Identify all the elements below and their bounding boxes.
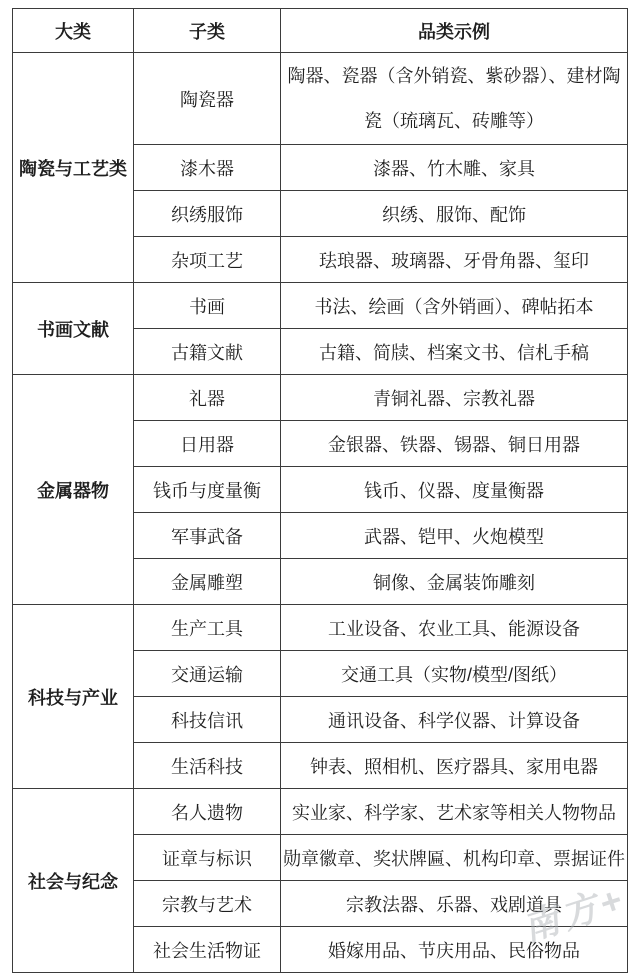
- subcategory-cell: 社会生活物证: [134, 927, 281, 973]
- subcategory-cell: 宗教与艺术: [134, 881, 281, 927]
- subcategory-cell: 书画: [134, 283, 281, 329]
- examples-cell: 钟表、照相机、医疗器具、家用电器: [281, 743, 628, 789]
- subcategory-cell: 漆木器: [134, 145, 281, 191]
- subcategory-cell: 交通运输: [134, 651, 281, 697]
- subcategory-cell: 日用器: [134, 421, 281, 467]
- major-category-cell: 社会与纪念: [13, 789, 134, 973]
- examples-cell: 实业家、科学家、艺术家等相关人物物品: [281, 789, 628, 835]
- table-body: 陶瓷与工艺类陶瓷器陶器、瓷器（含外销瓷、紫砂器）、建材陶瓷（琉璃瓦、砖雕等）漆木…: [13, 53, 628, 973]
- examples-cell: 交通工具（实物/模型/图纸）: [281, 651, 628, 697]
- subcategory-cell: 杂项工艺: [134, 237, 281, 283]
- examples-cell: 织绣、服饰、配饰: [281, 191, 628, 237]
- examples-cell: 钱币、仪器、度量衡器: [281, 467, 628, 513]
- subcategory-cell: 名人遗物: [134, 789, 281, 835]
- major-category-cell: 金属器物: [13, 375, 134, 605]
- examples-cell: 漆器、竹木雕、家具: [281, 145, 628, 191]
- header-subcategory: 子类: [134, 9, 281, 53]
- table-row: 书画文献书画书法、绘画（含外销画）、碑帖拓本: [13, 283, 628, 329]
- table-row: 科技与产业生产工具工业设备、农业工具、能源设备: [13, 605, 628, 651]
- examples-cell: 金银器、铁器、锡器、铜日用器: [281, 421, 628, 467]
- page: 大类 子类 品类示例 陶瓷与工艺类陶瓷器陶器、瓷器（含外销瓷、紫砂器）、建材陶瓷…: [0, 0, 640, 980]
- table-row: 陶瓷与工艺类陶瓷器陶器、瓷器（含外销瓷、紫砂器）、建材陶瓷（琉璃瓦、砖雕等）: [13, 53, 628, 145]
- subcategory-cell: 金属雕塑: [134, 559, 281, 605]
- examples-cell: 珐琅器、玻璃器、牙骨角器、玺印: [281, 237, 628, 283]
- subcategory-cell: 证章与标识: [134, 835, 281, 881]
- examples-cell: 青铜礼器、宗教礼器: [281, 375, 628, 421]
- table-header: 大类 子类 品类示例: [13, 9, 628, 53]
- examples-cell: 书法、绘画（含外销画）、碑帖拓本: [281, 283, 628, 329]
- major-category-cell: 科技与产业: [13, 605, 134, 789]
- examples-cell: 武器、铠甲、火炮模型: [281, 513, 628, 559]
- subcategory-cell: 生活科技: [134, 743, 281, 789]
- subcategory-cell: 古籍文献: [134, 329, 281, 375]
- table-row: 社会与纪念名人遗物实业家、科学家、艺术家等相关人物物品: [13, 789, 628, 835]
- subcategory-cell: 军事武备: [134, 513, 281, 559]
- examples-cell: 婚嫁用品、节庆用品、民俗物品: [281, 927, 628, 973]
- examples-cell: 宗教法器、乐器、戏剧道具: [281, 881, 628, 927]
- header-row: 大类 子类 品类示例: [13, 9, 628, 53]
- examples-cell: 铜像、金属装饰雕刻: [281, 559, 628, 605]
- header-examples: 品类示例: [281, 9, 628, 53]
- examples-cell: 工业设备、农业工具、能源设备: [281, 605, 628, 651]
- examples-cell: 通讯设备、科学仪器、计算设备: [281, 697, 628, 743]
- subcategory-cell: 生产工具: [134, 605, 281, 651]
- examples-cell: 陶器、瓷器（含外销瓷、紫砂器）、建材陶瓷（琉璃瓦、砖雕等）: [281, 53, 628, 145]
- examples-cell: 古籍、简牍、档案文书、信札手稿: [281, 329, 628, 375]
- subcategory-cell: 钱币与度量衡: [134, 467, 281, 513]
- subcategory-cell: 织绣服饰: [134, 191, 281, 237]
- table-row: 金属器物礼器青铜礼器、宗教礼器: [13, 375, 628, 421]
- classification-table: 大类 子类 品类示例 陶瓷与工艺类陶瓷器陶器、瓷器（含外销瓷、紫砂器）、建材陶瓷…: [12, 8, 628, 973]
- subcategory-cell: 礼器: [134, 375, 281, 421]
- subcategory-cell: 科技信讯: [134, 697, 281, 743]
- examples-cell: 勋章徽章、奖状牌匾、机构印章、票据证件: [281, 835, 628, 881]
- major-category-cell: 陶瓷与工艺类: [13, 53, 134, 283]
- major-category-cell: 书画文献: [13, 283, 134, 375]
- header-major-category: 大类: [13, 9, 134, 53]
- subcategory-cell: 陶瓷器: [134, 53, 281, 145]
